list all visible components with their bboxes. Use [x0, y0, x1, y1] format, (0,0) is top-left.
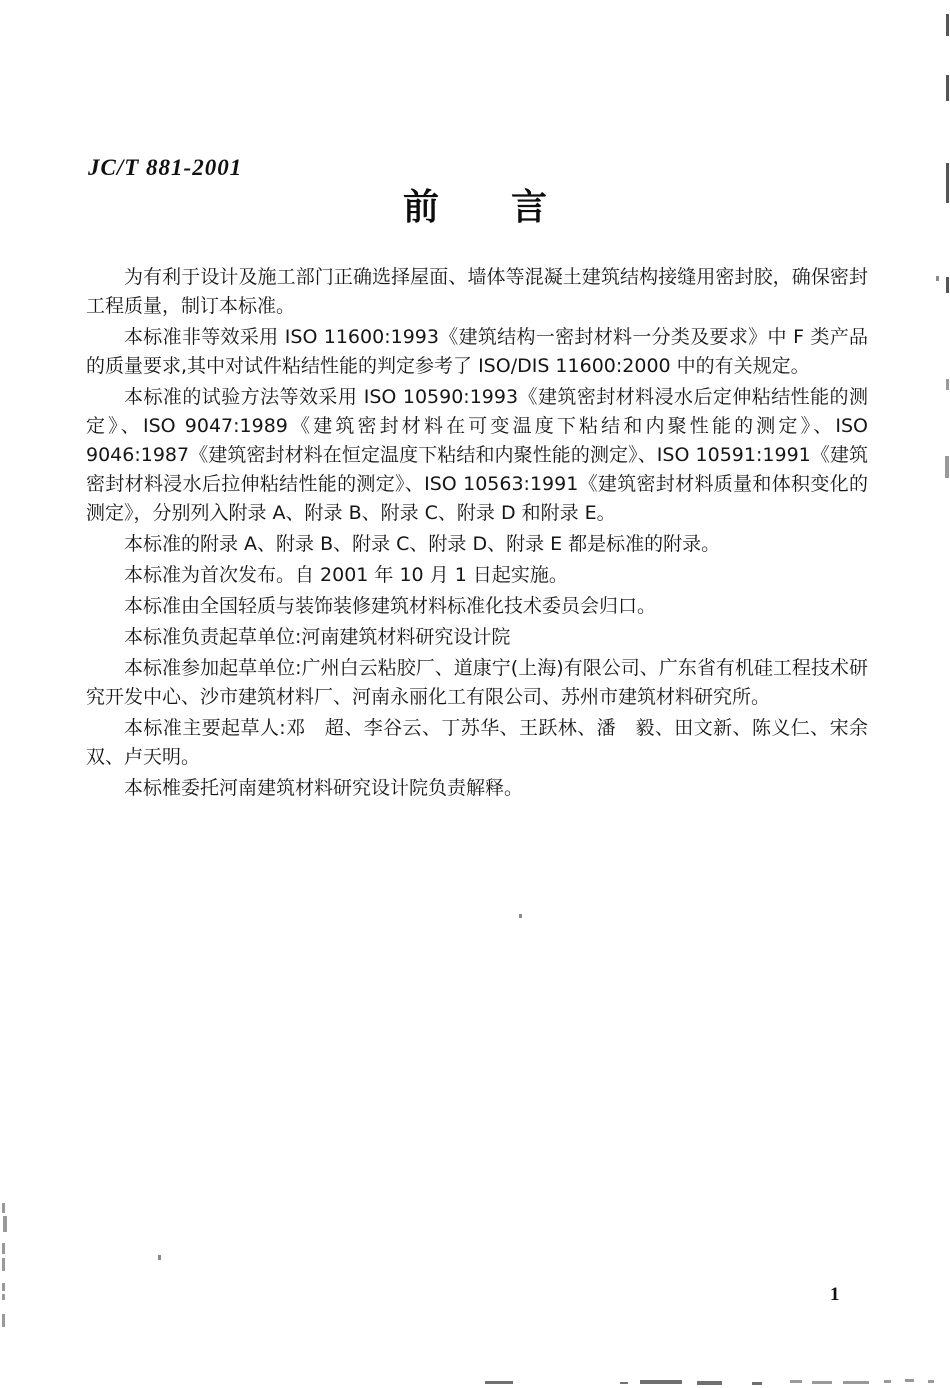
- foreword-paragraph: 本标准主要起草人:邓 超、李谷云、丁苏华、王跃林、潘 毅、田文新、陈义仁、宋余双…: [86, 714, 868, 772]
- foreword-paragraph: 为有利于设计及施工部门正确选择屋面、墙体等混凝土建筑结构接缝用密封胶，确保密封工…: [86, 263, 868, 321]
- scan-artifact: [697, 1381, 722, 1385]
- foreword-body: 为有利于设计及施工部门正确选择屋面、墙体等混凝土建筑结构接缝用密封胶，确保密封工…: [86, 263, 868, 805]
- foreword-paragraph: 本标准负责起草单位:河南建筑材料研究设计院: [86, 623, 868, 652]
- foreword-paragraph: 本标准的试验方法等效采用 ISO 10590:1993《建筑密封材料浸水后定伸粘…: [86, 383, 868, 528]
- foreword-paragraph: 本标准为首次发布。自 2001 年 10 月 1 日起实施。: [86, 561, 868, 590]
- scan-artifact: [928, 1380, 934, 1383]
- scan-artifact: [946, 75, 949, 101]
- scan-artifact: [752, 1382, 762, 1385]
- foreword-paragraph: 本标椎委托河南建筑材料研究设计院负责解释。: [86, 774, 868, 803]
- foreword-paragraph: 本标准参加起草单位:广州白云粘胶厂、道康宁(上海)有限公司、广东省有机硅工程技术…: [86, 654, 868, 712]
- scan-artifact: [620, 1382, 628, 1384]
- scan-artifact: [936, 276, 939, 281]
- scan-artifact: [946, 379, 949, 390]
- scan-artifact: [946, 163, 949, 203]
- scan-artifact: [2, 1283, 5, 1291]
- scan-artifact: [2, 1203, 5, 1213]
- document-page: JC/T 881-2001 前 言 为有利于设计及施工部门正确选择屋面、墙体等混…: [0, 0, 950, 1388]
- scan-artifact: [519, 914, 522, 918]
- foreword-paragraph: 本标准非等效采用 ISO 11600:1993《建筑结构一密封材料一分类及要求》…: [86, 323, 868, 381]
- scan-artifact: [945, 456, 949, 478]
- scan-artifact: [640, 1380, 682, 1384]
- scan-artifact: [3, 1216, 7, 1232]
- scan-artifact: [905, 1379, 914, 1382]
- scan-artifact: [158, 1255, 161, 1260]
- foreword-paragraph: 本标准的附录 A、附录 B、附录 C、附录 D、附录 E 都是标准的附录。: [86, 530, 868, 559]
- scan-artifact: [812, 1381, 832, 1384]
- scan-artifact: [946, 14, 949, 36]
- scan-artifact: [790, 1380, 802, 1383]
- scan-artifact: [2, 1243, 5, 1254]
- scan-artifact: [843, 1381, 869, 1384]
- scan-artifact: [2, 1314, 5, 1327]
- scan-artifact: [884, 1380, 891, 1383]
- standard-code: JC/T 881-2001: [88, 155, 242, 181]
- scan-artifact: [485, 1381, 513, 1384]
- foreword-paragraph: 本标准由全国轻质与装饰装修建筑材料标准化技术委员会归口。: [86, 592, 868, 621]
- page-title: 前 言: [0, 188, 950, 228]
- page-number: 1: [830, 1284, 840, 1306]
- scan-artifact: [2, 1258, 5, 1271]
- scan-artifact: [2, 1294, 5, 1300]
- scan-artifact: [946, 277, 949, 293]
